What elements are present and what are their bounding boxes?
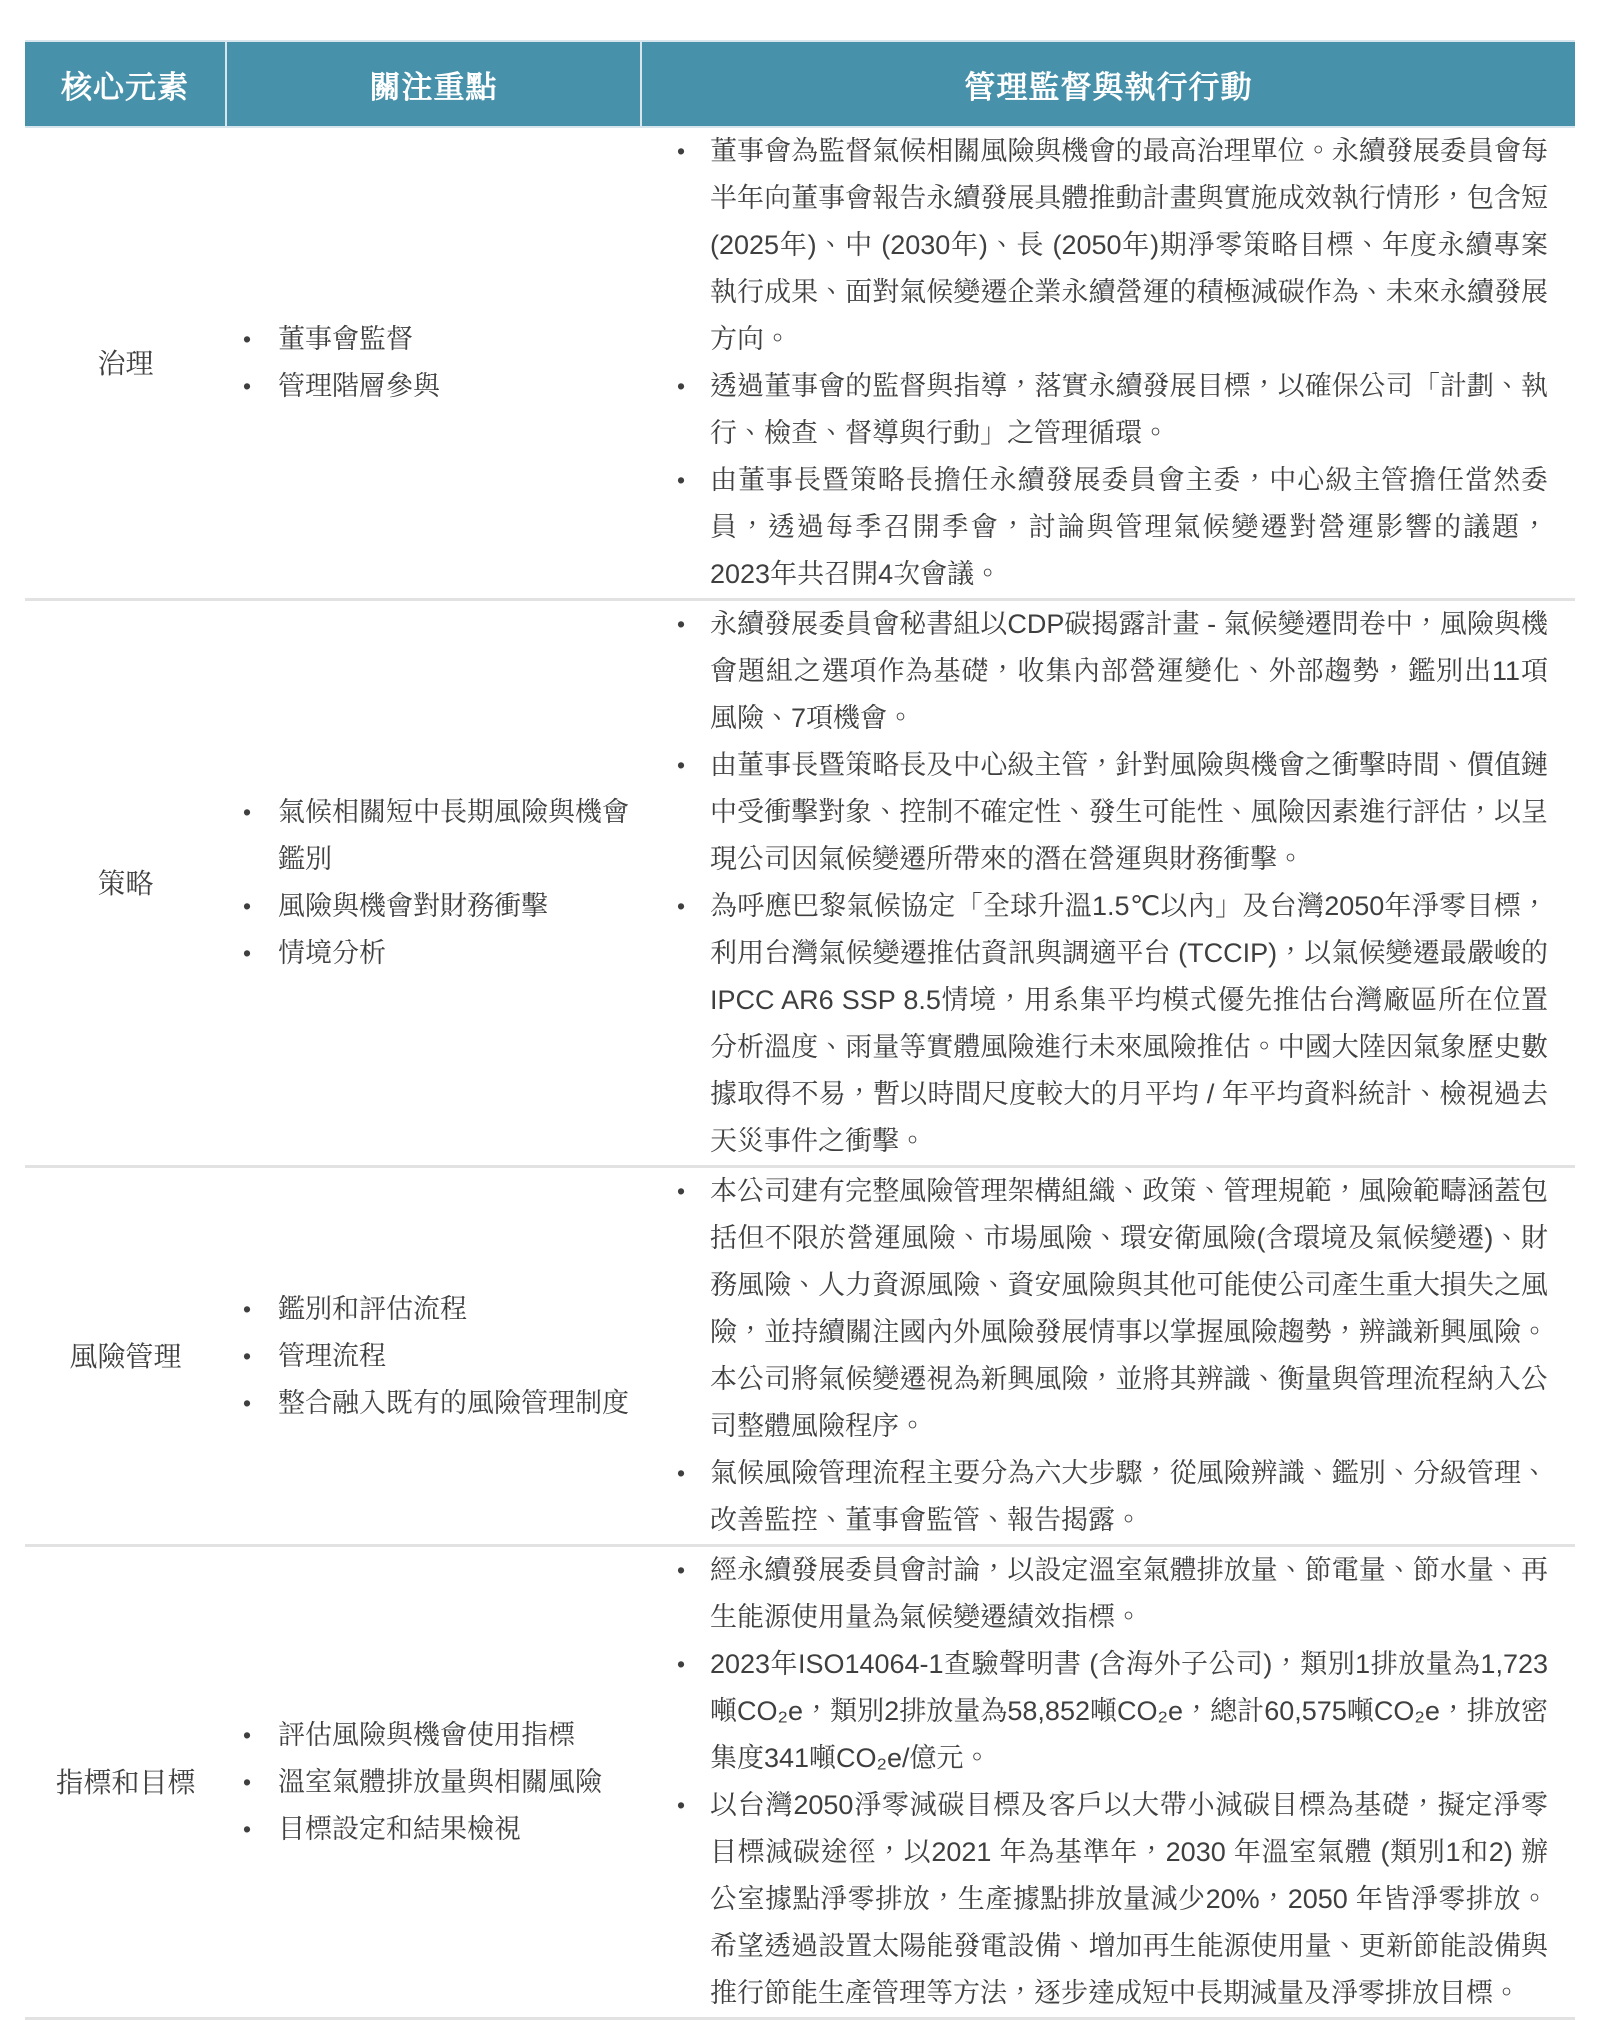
actions-cell-risk-management: 本公司建有完整風險管理架構組織、政策、管理規範，風險範疇涵蓋包括但不限於營運風險… — [641, 1167, 1575, 1546]
core-element-governance: 治理 — [25, 127, 226, 600]
action-item: 永續發展委員會秘書組以CDP碳揭露計畫 - 氣候變遷問卷中，風險與機會題組之選項… — [674, 601, 1548, 742]
action-item: 本公司建有完整風險管理架構組織、政策、管理規範，風險範疇涵蓋包括但不限於營運風險… — [674, 1168, 1548, 1450]
core-element-risk-management: 風險管理 — [25, 1167, 226, 1546]
header-management-actions: 管理監督與執行行動 — [641, 41, 1575, 127]
focus-item: 管理階層參與 — [240, 363, 635, 410]
focus-item: 整合融入既有的風險管理制度 — [240, 1380, 635, 1427]
actions-list-risk-management: 本公司建有完整風險管理架構組織、政策、管理規範，風險範疇涵蓋包括但不限於營運風險… — [641, 1168, 1575, 1544]
table-row-metrics-targets: 指標和目標 評估風險與機會使用指標 溫室氣體排放量與相關風險 目標設定和結果檢視… — [25, 1546, 1575, 2019]
table-header: 核心元素 關注重點 管理監督與執行行動 — [25, 41, 1575, 127]
actions-list-metrics-targets: 經永續發展委員會討論，以設定溫室氣體排放量、節電量、節水量、再生能源使用量為氣候… — [641, 1547, 1575, 2017]
core-element-metrics-targets: 指標和目標 — [25, 1546, 226, 2019]
action-item: 董事會為監督氣候相關風險與機會的最高治理單位。永續發展委員會每半年向董事會報告永… — [674, 128, 1548, 363]
header-row: 核心元素 關注重點 管理監督與執行行動 — [25, 41, 1575, 127]
actions-cell-metrics-targets: 經永續發展委員會討論，以設定溫室氣體排放量、節電量、節水量、再生能源使用量為氣候… — [641, 1546, 1575, 2019]
table-row-strategy: 策略 氣候相關短中長期風險與機會鑑別 風險與機會對財務衝擊 情境分析 永續發展委… — [25, 600, 1575, 1167]
focus-list-risk-management: 鑑別和評估流程 管理流程 整合融入既有的風險管理制度 — [226, 1286, 641, 1427]
focus-list-strategy: 氣候相關短中長期風險與機會鑑別 風險與機會對財務衝擊 情境分析 — [226, 789, 641, 977]
focus-item: 目標設定和結果檢視 — [240, 1806, 635, 1853]
focus-item: 風險與機會對財務衝擊 — [240, 883, 635, 930]
tcfd-governance-table-page: 核心元素 關注重點 管理監督與執行行動 治理 董事會監督 管理階層參與 董事會為… — [0, 40, 1600, 2020]
action-item: 經永續發展委員會討論，以設定溫室氣體排放量、節電量、節水量、再生能源使用量為氣候… — [674, 1547, 1548, 1641]
action-item: 以台灣2050淨零減碳目標及客戶以大帶小減碳目標為基礎，擬定淨零目標減碳途徑，以… — [674, 1782, 1548, 2017]
action-item: 由董事長暨策略長及中心級主管，針對風險與機會之衝擊時間、價值鏈中受衝擊對象、控制… — [674, 742, 1548, 883]
focus-item: 情境分析 — [240, 930, 635, 977]
focus-cell-metrics-targets: 評估風險與機會使用指標 溫室氣體排放量與相關風險 目標設定和結果檢視 — [226, 1546, 641, 2019]
action-item: 由董事長暨策略長擔任永續發展委員會主委，中心級主管擔任當然委員，透過每季召開季會… — [674, 457, 1548, 598]
action-item: 透過董事會的監督與指導，落實永續發展目標，以確保公司「計劃、執行、檢查、督導與行… — [674, 363, 1548, 457]
focus-item: 鑑別和評估流程 — [240, 1286, 635, 1333]
actions-list-strategy: 永續發展委員會秘書組以CDP碳揭露計畫 - 氣候變遷問卷中，風險與機會題組之選項… — [641, 601, 1575, 1165]
focus-cell-strategy: 氣候相關短中長期風險與機會鑑別 風險與機會對財務衝擊 情境分析 — [226, 600, 641, 1167]
table-row-governance: 治理 董事會監督 管理階層參與 董事會為監督氣候相關風險與機會的最高治理單位。永… — [25, 127, 1575, 600]
focus-cell-governance: 董事會監督 管理階層參與 — [226, 127, 641, 600]
table-body: 治理 董事會監督 管理階層參與 董事會為監督氣候相關風險與機會的最高治理單位。永… — [25, 127, 1575, 2019]
header-core-elements: 核心元素 — [25, 41, 226, 127]
action-item: 2023年ISO14064-1查驗聲明書 (含海外子公司)，類別1排放量為1,7… — [674, 1641, 1548, 1782]
tcfd-table: 核心元素 關注重點 管理監督與執行行動 治理 董事會監督 管理階層參與 董事會為… — [25, 40, 1575, 2020]
actions-cell-governance: 董事會為監督氣候相關風險與機會的最高治理單位。永續發展委員會每半年向董事會報告永… — [641, 127, 1575, 600]
focus-item: 評估風險與機會使用指標 — [240, 1712, 635, 1759]
focus-item: 管理流程 — [240, 1333, 635, 1380]
focus-list-governance: 董事會監督 管理階層參與 — [226, 316, 641, 410]
focus-item: 溫室氣體排放量與相關風險 — [240, 1759, 635, 1806]
action-item: 氣候風險管理流程主要分為六大步驟，從風險辨識、鑑別、分級管理、改善監控、董事會監… — [674, 1450, 1548, 1544]
focus-item: 氣候相關短中長期風險與機會鑑別 — [240, 789, 635, 883]
focus-list-metrics-targets: 評估風險與機會使用指標 溫室氣體排放量與相關風險 目標設定和結果檢視 — [226, 1712, 641, 1853]
core-element-strategy: 策略 — [25, 600, 226, 1167]
table-row-risk-management: 風險管理 鑑別和評估流程 管理流程 整合融入既有的風險管理制度 本公司建有完整風… — [25, 1167, 1575, 1546]
header-focus-points: 關注重點 — [226, 41, 641, 127]
action-item: 為呼應巴黎氣候協定「全球升溫1.5℃以內」及台灣2050年淨零目標，利用台灣氣候… — [674, 883, 1548, 1165]
actions-cell-strategy: 永續發展委員會秘書組以CDP碳揭露計畫 - 氣候變遷問卷中，風險與機會題組之選項… — [641, 600, 1575, 1167]
actions-list-governance: 董事會為監督氣候相關風險與機會的最高治理單位。永續發展委員會每半年向董事會報告永… — [641, 128, 1575, 598]
focus-item: 董事會監督 — [240, 316, 635, 363]
focus-cell-risk-management: 鑑別和評估流程 管理流程 整合融入既有的風險管理制度 — [226, 1167, 641, 1546]
